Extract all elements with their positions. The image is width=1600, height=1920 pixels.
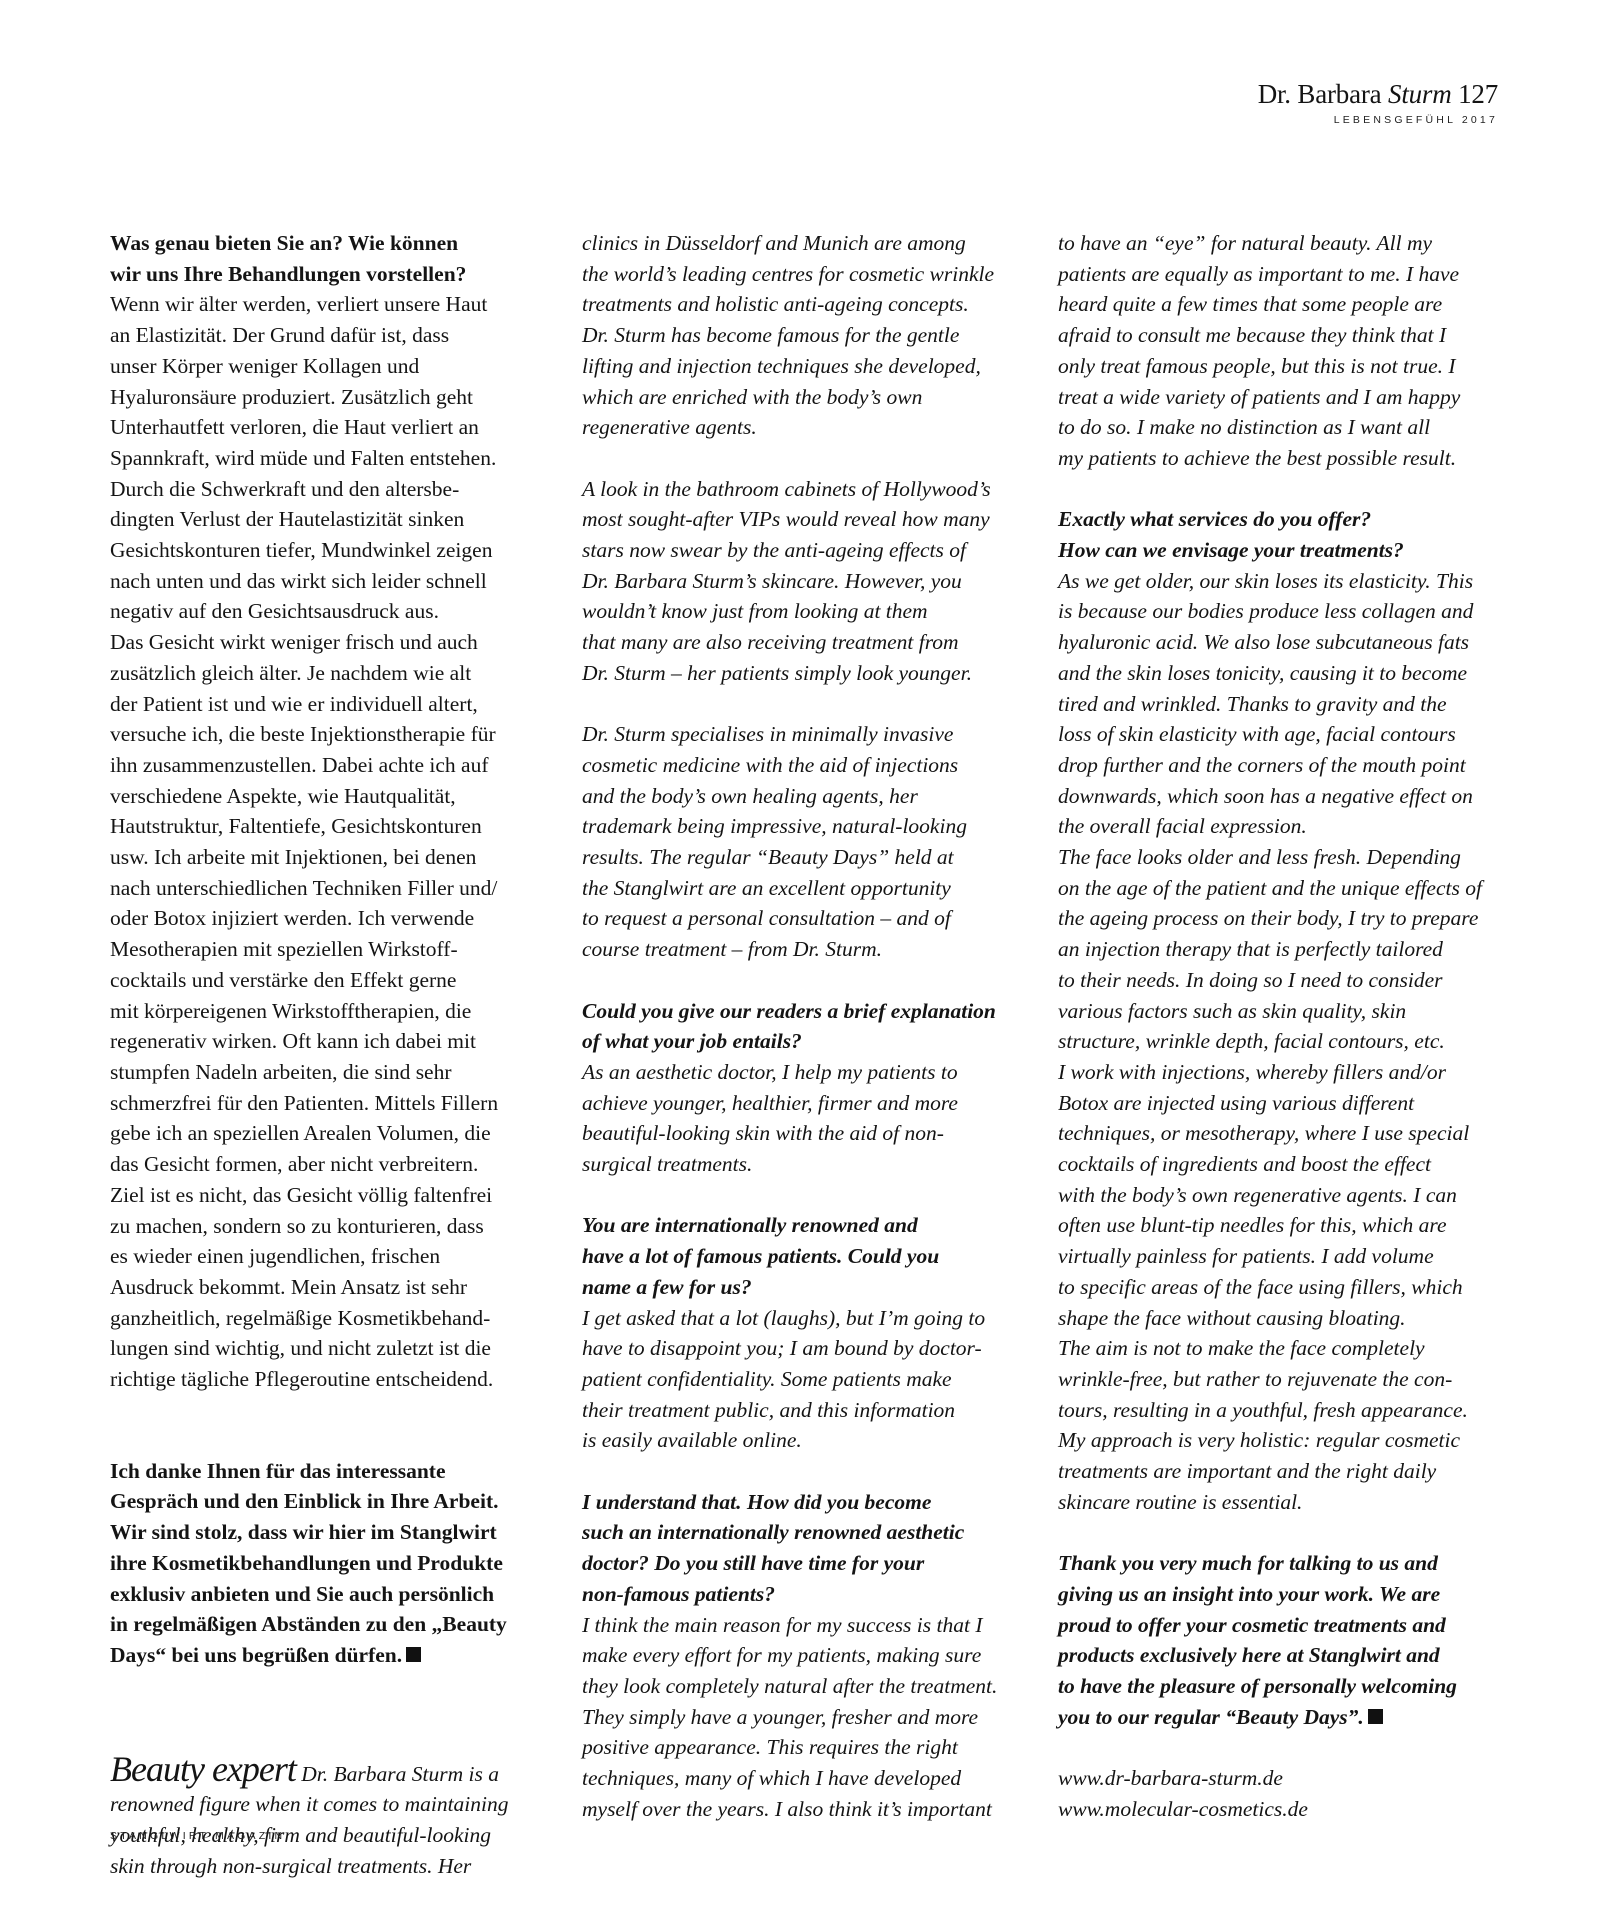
text-line: the world’s leading centres for cosmetic… bbox=[582, 259, 1032, 290]
website-link[interactable]: www.molecular-cosmetics.de bbox=[1058, 1794, 1508, 1825]
question-services-de: Was genau bieten Sie an? Wie könnenwir u… bbox=[110, 228, 560, 289]
answer-job: As an aesthetic doctor, I help my patien… bbox=[582, 1057, 1032, 1180]
text-line: shape the face without causing bloating. bbox=[1058, 1303, 1508, 1334]
text-line: Could you give our readers a brief expla… bbox=[582, 996, 1032, 1027]
answer-success: I think the main reason for my success i… bbox=[582, 1610, 1032, 1825]
closing-statement-en: Thank you very much for talking to us an… bbox=[1058, 1548, 1508, 1732]
text-line: treat a wide variety of patients and I a… bbox=[1058, 382, 1508, 413]
text-line: nach unten und das wirkt sich leider sch… bbox=[110, 566, 560, 597]
text-line: exklusiv anbieten und Sie auch persönlic… bbox=[110, 1579, 560, 1610]
text-line: der Patient ist und wie er individuell a… bbox=[110, 689, 560, 720]
text-line: wir uns Ihre Behandlungen vorstellen? bbox=[110, 259, 560, 290]
text-line: cocktails und verstärke den Effekt gerne bbox=[110, 965, 560, 996]
text-line: dingten Verlust der Hautelastizität sink… bbox=[110, 504, 560, 535]
text-line: is easily available online. bbox=[582, 1425, 1032, 1456]
text-line: My approach is very holistic: regular co… bbox=[1058, 1425, 1508, 1456]
text-line: Hautstruktur, Faltentiefe, Gesichtskontu… bbox=[110, 811, 560, 842]
text-line: gebe ich an speziellen Arealen Volumen, … bbox=[110, 1118, 560, 1149]
text-line: Das Gesicht wirkt weniger frisch und auc… bbox=[110, 627, 560, 658]
text-line: A look in the bathroom cabinets of Holly… bbox=[582, 474, 1032, 505]
text-line: structure, wrinkle depth, facial contour… bbox=[1058, 1026, 1508, 1057]
end-mark-icon bbox=[1368, 1709, 1383, 1724]
text-line: I get asked that a lot (laughs), but I’m… bbox=[582, 1303, 1032, 1334]
spacer bbox=[110, 1395, 560, 1456]
answer-success-continued: to have an “eye” for natural beauty. All… bbox=[1058, 228, 1508, 474]
text-line: I understand that. How did you become bbox=[582, 1487, 1032, 1518]
text-line: non-famous patients? bbox=[582, 1579, 1032, 1610]
section-label: LEBENSGEFÜHL 2017 bbox=[1258, 114, 1498, 126]
website-links: www.dr-barbara-sturm.dewww.molecular-cos… bbox=[1058, 1763, 1508, 1824]
text-line: make every effort for my patients, makin… bbox=[582, 1640, 1032, 1671]
text-line: Unterhautfett verloren, die Haut verlier… bbox=[110, 412, 560, 443]
page-header: Dr. Barbara Sturm 127 LEBENSGEFÜHL 2017 bbox=[1258, 78, 1498, 126]
text-line: course treatment – from Dr. Sturm. bbox=[582, 934, 1032, 965]
text-line: You are internationally renowned and bbox=[582, 1210, 1032, 1241]
text-line: nach unterschiedlichen Techniken Filler … bbox=[110, 873, 560, 904]
text-line: an injection therapy that is perfectly t… bbox=[1058, 934, 1508, 965]
text-line: mit körpereigenen Wirkstofftherapien, di… bbox=[110, 996, 560, 1027]
text-line: zusätzlich gleich älter. Je nachdem wie … bbox=[110, 658, 560, 689]
text-line: clinics in Düsseldorf and Munich are amo… bbox=[582, 228, 1032, 259]
text-line: to specific areas of the face using fill… bbox=[1058, 1272, 1508, 1303]
text-line: my patients to achieve the best possible… bbox=[1058, 443, 1508, 474]
text-line: to their needs. In doing so I need to co… bbox=[1058, 965, 1508, 996]
text-line: Durch die Schwerkraft und den altersbe- bbox=[110, 474, 560, 505]
text-line: They simply have a younger, fresher and … bbox=[582, 1702, 1032, 1733]
text-line: das Gesicht formen, aber nicht verbreite… bbox=[110, 1149, 560, 1180]
text-line: various factors such as skin quality, sk… bbox=[1058, 996, 1508, 1027]
text-line: zu machen, sondern so zu konturieren, da… bbox=[110, 1211, 560, 1242]
text-line: to do so. I make no distinction as I wan… bbox=[1058, 412, 1508, 443]
text-line: stumpfen Nadeln arbeiten, die sind sehr bbox=[110, 1057, 560, 1088]
closing-statement-de: Ich danke Ihnen für das interessanteGesp… bbox=[110, 1456, 560, 1671]
text-line: to have an “eye” for natural beauty. All… bbox=[1058, 228, 1508, 259]
text-line: skincare routine is essential. bbox=[1058, 1487, 1508, 1518]
text-line: beautiful-looking skin with the aid of n… bbox=[582, 1118, 1032, 1149]
text-line: an Elastizität. Der Grund dafür ist, das… bbox=[110, 320, 560, 351]
question-success: I understand that. How did you becomesuc… bbox=[582, 1487, 1032, 1610]
title-italic: Sturm bbox=[1388, 79, 1452, 109]
text-line: wouldn’t know just from looking at them bbox=[582, 596, 1032, 627]
text-line: myself over the years. I also think it’s… bbox=[582, 1794, 1032, 1825]
text-line: the overall facial expression. bbox=[1058, 811, 1508, 842]
text-line: positive appearance. This requires the r… bbox=[582, 1732, 1032, 1763]
text-line: Dr. Sturm has become famous for the gent… bbox=[582, 320, 1032, 351]
text-line: wrinkle-free, but rather to rejuvenate t… bbox=[1058, 1364, 1508, 1395]
spacer bbox=[582, 1456, 1032, 1487]
text-line: have a lot of famous patients. Could you bbox=[582, 1241, 1032, 1272]
intro-lead-in: Beauty expert bbox=[110, 1749, 296, 1789]
text-line: achieve younger, healthier, firmer and m… bbox=[582, 1088, 1032, 1119]
text-line: Exactly what services do you offer? bbox=[1058, 504, 1508, 535]
text-line: versuche ich, die beste Injektionstherap… bbox=[110, 719, 560, 750]
text-line: tired and wrinkled. Thanks to gravity an… bbox=[1058, 689, 1508, 720]
text-line: and the body’s own healing agents, her bbox=[582, 781, 1032, 812]
intro-paragraph: Beauty expert Dr. Barbara Sturm is a ren… bbox=[110, 1754, 560, 1882]
text-line: The face looks older and less fresh. Dep… bbox=[1058, 842, 1508, 873]
text-line: often use blunt-tip needles for this, wh… bbox=[1058, 1210, 1508, 1241]
text-line: Thank you very much for talking to us an… bbox=[1058, 1548, 1508, 1579]
text-line: their treatment public, and this informa… bbox=[582, 1395, 1032, 1426]
column-english-1: clinics in Düsseldorf and Munich are amo… bbox=[582, 228, 1032, 1824]
text-line: unser Körper weniger Kollagen und bbox=[110, 351, 560, 382]
text-line: lifting and injection techniques she dev… bbox=[582, 351, 1032, 382]
text-line: only treat famous people, but this is no… bbox=[1058, 351, 1508, 382]
end-mark-icon bbox=[406, 1647, 421, 1662]
text-line: trademark being impressive, natural-look… bbox=[582, 811, 1032, 842]
text-line: have to disappoint you; I am bound by do… bbox=[582, 1333, 1032, 1364]
text-line: techniques, or mesotherapy, where I use … bbox=[1058, 1118, 1508, 1149]
text-line: in regelmäßigen Abständen zu den „Beauty bbox=[110, 1609, 560, 1640]
text-line: Wir sind stolz, dass wir hier im Stanglw… bbox=[110, 1517, 560, 1548]
text-line: Botox are injected using various differe… bbox=[1058, 1088, 1508, 1119]
text-line: and the skin loses tonicity, causing it … bbox=[1058, 658, 1508, 689]
text-line: regenerative agents. bbox=[582, 412, 1032, 443]
text-line: oder Botox injiziert werden. Ich verwend… bbox=[110, 903, 560, 934]
text-line: proud to offer your cosmetic treatments … bbox=[1058, 1610, 1508, 1641]
title-prefix: Dr. Barbara bbox=[1258, 79, 1382, 109]
text-line: cosmetic medicine with the aid of inject… bbox=[582, 750, 1032, 781]
spacer bbox=[1058, 1518, 1508, 1549]
text-line: Mesotherapien mit speziellen Wirkstoff- bbox=[110, 934, 560, 965]
text-line: with the body’s own regenerative agents.… bbox=[1058, 1180, 1508, 1211]
text-line: Ziel ist es nicht, das Gesicht völlig fa… bbox=[110, 1180, 560, 1211]
spacer bbox=[582, 965, 1032, 996]
text-line: As we get older, our skin loses its elas… bbox=[1058, 566, 1508, 597]
text-line: drop further and the corners of the mout… bbox=[1058, 750, 1508, 781]
spacer bbox=[1058, 474, 1508, 505]
paragraph-specialisation: Dr. Sturm specialises in minimally invas… bbox=[582, 719, 1032, 965]
text-line: skin through non-surgical treatments. He… bbox=[110, 1851, 560, 1882]
text-line: results. The regular “Beauty Days” held … bbox=[582, 842, 1032, 873]
text-line: regenerativ wirken. Oft kann ich dabei m… bbox=[110, 1026, 560, 1057]
text-line: Hyaluronsäure produziert. Zusätzlich geh… bbox=[110, 382, 560, 413]
question-job: Could you give our readers a brief expla… bbox=[582, 996, 1032, 1057]
question-famous-patients: You are internationally renowned andhave… bbox=[582, 1210, 1032, 1302]
text-line: Dr. Sturm – her patients simply look you… bbox=[582, 658, 1032, 689]
text-line: lungen sind wichtig, und nicht zuletzt i… bbox=[110, 1333, 560, 1364]
text-line: ganzheitlich, regelmäßige Kosmetikbehand… bbox=[110, 1303, 560, 1334]
text-line: that many are also receiving treatment f… bbox=[582, 627, 1032, 658]
text-line: of what your job entails? bbox=[582, 1026, 1032, 1057]
spacer bbox=[582, 443, 1032, 474]
text-line: the Stanglwirt are an excellent opportun… bbox=[582, 873, 1032, 904]
text-line: to request a personal consultation – and… bbox=[582, 903, 1032, 934]
answer-services-en: As we get older, our skin loses its elas… bbox=[1058, 566, 1508, 1518]
spacer bbox=[110, 1671, 560, 1732]
text-line: cocktails of ingredients and boost the e… bbox=[1058, 1149, 1508, 1180]
website-link[interactable]: www.dr-barbara-sturm.de bbox=[1058, 1763, 1508, 1794]
text-line: patient confidentiality. Some patients m… bbox=[582, 1364, 1032, 1395]
text-line: to have the pleasure of personally welco… bbox=[1058, 1671, 1508, 1702]
text-line: Ich danke Ihnen für das interessante bbox=[110, 1456, 560, 1487]
text-line: Gesichtskonturen tiefer, Mundwinkel zeig… bbox=[110, 535, 560, 566]
text-line: schmerzfrei für den Patienten. Mittels F… bbox=[110, 1088, 560, 1119]
spacer bbox=[582, 689, 1032, 720]
text-line: I think the main reason for my success i… bbox=[582, 1610, 1032, 1641]
text-line: How can we envisage your treatments? bbox=[1058, 535, 1508, 566]
text-line: ihn zusammenzustellen. Dabei achte ich a… bbox=[110, 750, 560, 781]
text-line: Was genau bieten Sie an? Wie können bbox=[110, 228, 560, 259]
intro-continued: clinics in Düsseldorf and Munich are amo… bbox=[582, 228, 1032, 443]
text-line: most sought-after VIPs would reveal how … bbox=[582, 504, 1032, 535]
answer-famous-patients: I get asked that a lot (laughs), but I’m… bbox=[582, 1303, 1032, 1457]
text-line: products exclusively here at Stanglwirt … bbox=[1058, 1640, 1508, 1671]
running-title: Dr. Barbara Sturm 127 bbox=[1258, 78, 1498, 110]
text-line: on the age of the patient and the unique… bbox=[1058, 873, 1508, 904]
text-line: they look completely natural after the t… bbox=[582, 1671, 1032, 1702]
text-line: treatments and holistic anti-ageing conc… bbox=[582, 289, 1032, 320]
text-line: doctor? Do you still have time for your bbox=[582, 1548, 1032, 1579]
text-line: Dr. Barbara Sturm’s skincare. However, y… bbox=[582, 566, 1032, 597]
column-german: Was genau bieten Sie an? Wie könnenwir u… bbox=[110, 228, 560, 1881]
spacer bbox=[1058, 1732, 1508, 1763]
text-line: surgical treatments. bbox=[582, 1149, 1032, 1180]
text-line: the ageing process on their body, I try … bbox=[1058, 903, 1508, 934]
text-line: Wenn wir älter werden, verliert unsere H… bbox=[110, 289, 560, 320]
answer-services-de: Wenn wir älter werden, verliert unsere H… bbox=[110, 289, 560, 1394]
text-line: hyaluronic acid. We also lose subcutaneo… bbox=[1058, 627, 1508, 658]
text-line: I work with injections, whereby fillers … bbox=[1058, 1057, 1508, 1088]
page-number: 127 bbox=[1458, 79, 1498, 109]
text-line: richtige tägliche Pflegeroutine entschei… bbox=[110, 1364, 560, 1395]
text-line: name a few for us? bbox=[582, 1272, 1032, 1303]
text-line: renowned figure when it comes to maintai… bbox=[110, 1789, 560, 1820]
text-line: ihre Kosmetikbehandlungen und Produkte bbox=[110, 1548, 560, 1579]
paragraph-hollywood: A look in the bathroom cabinets of Holly… bbox=[582, 474, 1032, 689]
text-line: negativ auf den Gesichtsausdruck aus. bbox=[110, 596, 560, 627]
text-line: is because our bodies produce less colla… bbox=[1058, 596, 1508, 627]
text-line: techniques, many of which I have develop… bbox=[582, 1763, 1032, 1794]
text-line: usw. Ich arbeite mit Injektionen, bei de… bbox=[110, 842, 560, 873]
text-line: virtually painless for patients. I add v… bbox=[1058, 1241, 1508, 1272]
text-line: As an aesthetic doctor, I help my patien… bbox=[582, 1057, 1032, 1088]
text-line: treatments are important and the right d… bbox=[1058, 1456, 1508, 1487]
text-line: The aim is not to make the face complete… bbox=[1058, 1333, 1508, 1364]
text-line: stars now swear by the anti-ageing effec… bbox=[582, 535, 1032, 566]
text-line: giving us an insight into your work. We … bbox=[1058, 1579, 1508, 1610]
column-english-2: to have an “eye” for natural beauty. All… bbox=[1058, 228, 1508, 1825]
text-line: Ausdruck bekommt. Mein Ansatz ist sehr bbox=[110, 1272, 560, 1303]
text-line: downwards, which soon has a negative eff… bbox=[1058, 781, 1508, 812]
text-line: such an internationally renowned aesthet… bbox=[582, 1517, 1032, 1548]
text-line: tours, resulting in a youthful, fresh ap… bbox=[1058, 1395, 1508, 1426]
question-services-en: Exactly what services do you offer?How c… bbox=[1058, 504, 1508, 565]
text-line: patients are equally as important to me.… bbox=[1058, 259, 1508, 290]
text-line: which are enriched with the body’s own bbox=[582, 382, 1032, 413]
text-line: Gespräch und den Einblick in Ihre Arbeit… bbox=[110, 1486, 560, 1517]
text-line: es wieder einen jugendlichen, frischen bbox=[110, 1241, 560, 1272]
text-line: loss of skin elasticity with age, facial… bbox=[1058, 719, 1508, 750]
intro-first-line: Dr. Barbara Sturm is a bbox=[296, 1762, 499, 1786]
text-line: Days“ bei uns begrüßen dürfen. bbox=[110, 1640, 560, 1671]
text-line: Dr. Sturm specialises in minimally invas… bbox=[582, 719, 1032, 750]
magazine-footer: STANGLWIRT MAGAZIN bbox=[110, 1830, 285, 1842]
text-line: you to our regular “Beauty Days”. bbox=[1058, 1702, 1508, 1733]
text-line: Spannkraft, wird müde und Falten entsteh… bbox=[110, 443, 560, 474]
text-line: verschiedene Aspekte, wie Hautqualität, bbox=[110, 781, 560, 812]
text-line: afraid to consult me because they think … bbox=[1058, 320, 1508, 351]
spacer bbox=[582, 1180, 1032, 1211]
text-line: heard quite a few times that some people… bbox=[1058, 289, 1508, 320]
